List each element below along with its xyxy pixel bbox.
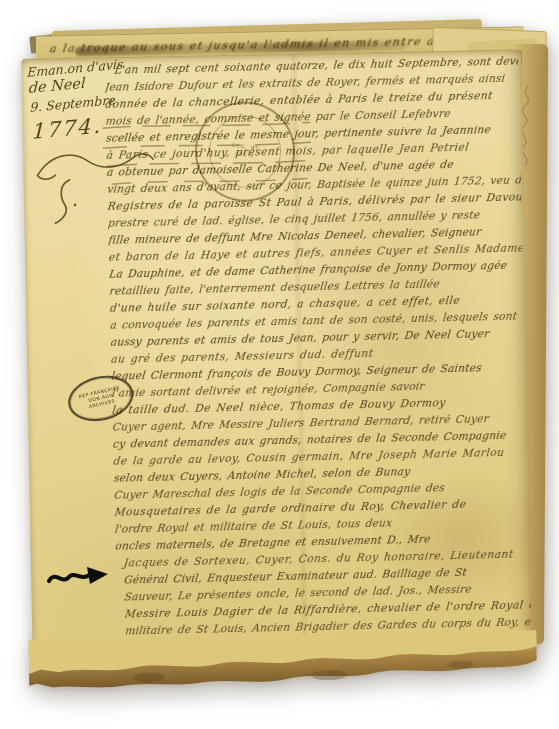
- torn-bottom-edge: [28, 630, 537, 694]
- manuscript-photo: a la troque au sous et jusqu'a l'admis i…: [0, 0, 559, 729]
- cancellation-strokes: [100, 112, 315, 192]
- ink-paraph-mark: [49, 177, 80, 228]
- paper-stack: a la troque au sous et jusqu'a l'admis i…: [0, 0, 559, 729]
- annotation-arrow-icon: [46, 563, 112, 591]
